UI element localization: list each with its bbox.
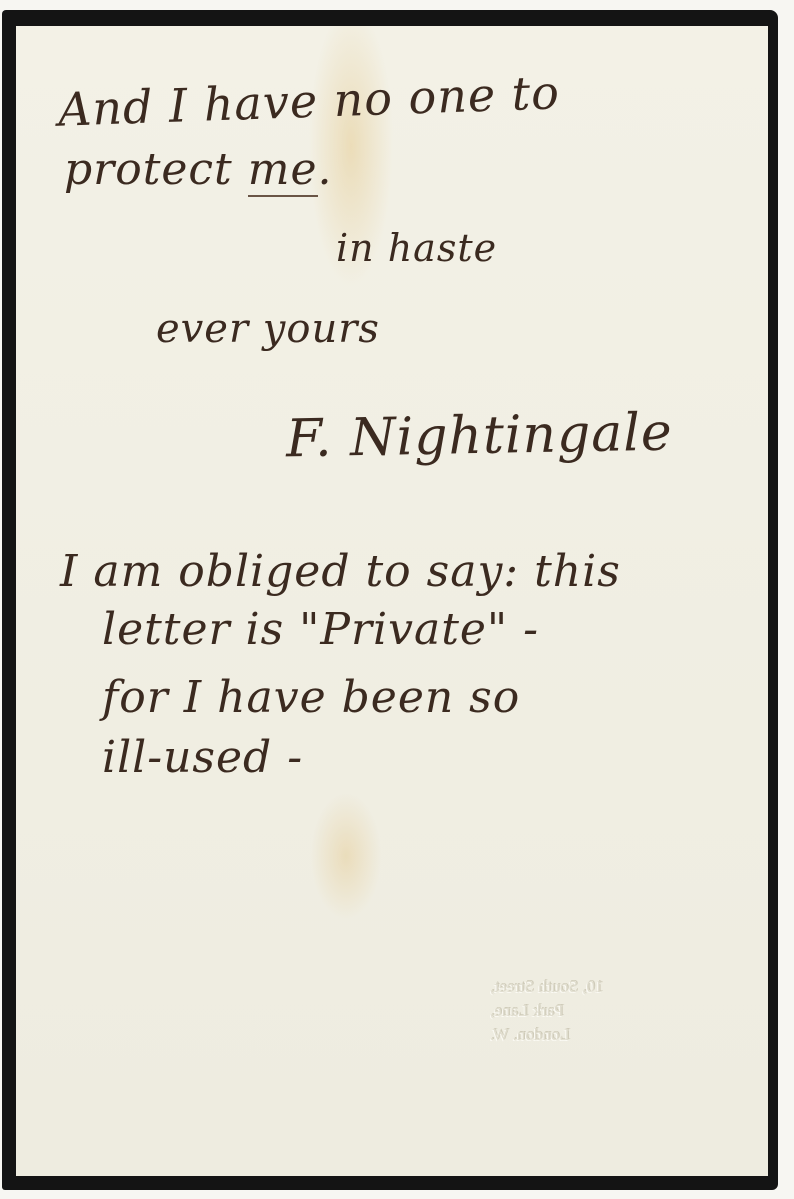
postscript-line-1: I am obliged to say: this bbox=[60, 546, 621, 597]
underlined-word: me bbox=[248, 144, 318, 197]
closing-in-haste: in haste bbox=[336, 226, 497, 270]
letter-line-1: And I have no one to bbox=[57, 65, 560, 136]
embossed-address-line: London. W. bbox=[490, 1023, 720, 1047]
line-2-text: protect bbox=[64, 144, 248, 195]
embossed-address-line: Park Lane, bbox=[490, 999, 720, 1023]
embossed-address-line: 10, South Street, bbox=[490, 975, 720, 999]
closing-ever-yours: ever yours bbox=[156, 306, 380, 352]
postscript-line-4: ill-used - bbox=[102, 732, 303, 783]
postscript-line-3: for I have been so bbox=[102, 672, 520, 723]
letter-line-2: protect me. bbox=[64, 144, 333, 195]
signature: F. Nightingale bbox=[286, 403, 674, 470]
line-2-end: . bbox=[318, 144, 333, 195]
embossed-address: 10, South Street, Park Lane, London. W. bbox=[490, 975, 720, 1047]
postscript-line-2: letter is "Private" - bbox=[102, 604, 539, 655]
